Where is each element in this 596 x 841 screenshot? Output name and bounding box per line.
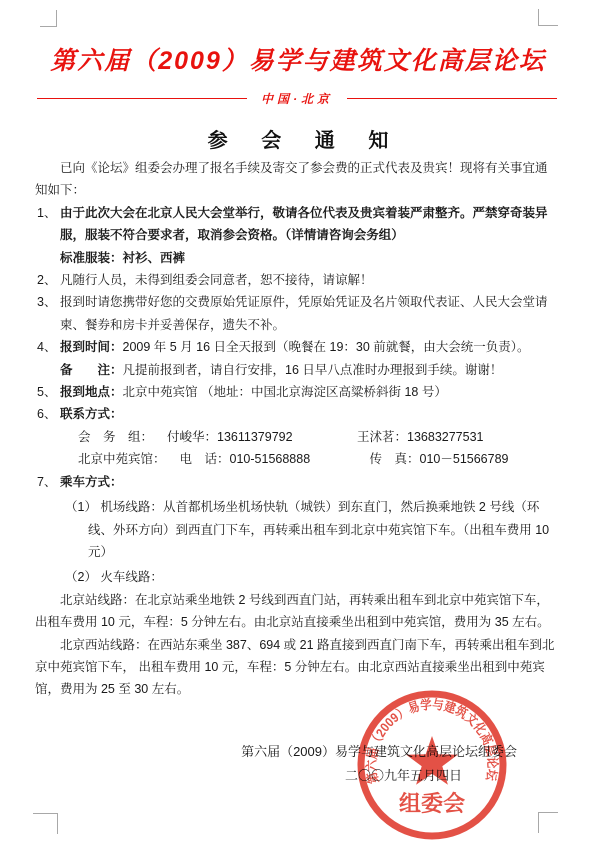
hotel-phone: 电 话：010-51568888 — [180, 448, 370, 470]
item-1-number: 1、 — [37, 202, 56, 224]
note-label: 备 注： — [60, 363, 123, 377]
item-4-number: 4、 — [37, 336, 56, 358]
header-divider: 中国·北京 — [37, 90, 557, 107]
intro-paragraph: 已向《论坛》组委会办理了报名手续及寄交了参会费的正式代表及贵宾！现将有关事宜通知… — [35, 157, 557, 202]
item-2-number: 2、 — [37, 269, 56, 291]
item-4-note: 备 注：凡提前报到者，请自行安排，16 日早八点准时办理报到手续。谢谢！ — [35, 359, 557, 381]
item-1: 1、 由于此次大会在北京人民大会堂举行，敬请各位代表及贵宾着装严肃整齐。严禁穿奇… — [35, 202, 557, 247]
header-location: 中国·北京 — [247, 90, 347, 107]
committee-stamp: 第六届（2009）易学与建筑文化高层论坛 组委会 — [354, 687, 510, 841]
airport-route-head: （1） 机场线路： — [65, 500, 163, 514]
star-icon — [406, 736, 457, 785]
beijing-station-route: 北京站线路：在北京站乘坐地铁 2 号线到西直门站，再转乘出租车到北京中苑宾馆下车… — [35, 589, 557, 634]
note-text: 凡提前报到者，请自行安排，16 日早八点准时办理报到手续。谢谢！ — [123, 363, 503, 377]
item-6-label: 联系方式： — [60, 407, 123, 421]
notice-title: 参 会 通 知 — [0, 124, 596, 153]
item-7: 7、 乘车方式： — [35, 471, 557, 493]
contact-row-committee: 会 务 组： 付峻华：13611379792 王沭茗：13683277531 — [35, 426, 557, 448]
item-1-text: 由于此次大会在北京人民大会堂举行，敬请各位代表及贵宾着装严肃整齐。严禁穿奇装异服… — [60, 206, 548, 242]
contact-row-hotel: 北京中苑宾馆： 电 话：010-51568888 传 真：010－5156678… — [35, 448, 557, 470]
hotel-fax: 传 真：010－51566789 — [370, 448, 509, 470]
contact-role: 会 务 组： — [78, 426, 153, 448]
item-5-text: 北京中苑宾馆 （地址：中国北京海淀区高粱桥斜街 18 号） — [123, 385, 447, 399]
item-4: 4、 报到时间：2009 年 5 月 16 日全天报到（晚餐在 19：30 前就… — [35, 336, 557, 358]
item-6: 6、 联系方式： — [35, 403, 557, 425]
item-5: 5、 报到地点：北京中苑宾馆 （地址：中国北京海淀区高粱桥斜街 18 号） — [35, 381, 557, 403]
item-5-label: 报到地点： — [60, 385, 123, 399]
item-3-text: 报到时请您携带好您的交费原始凭证原件，凭原始凭证及名片领取代表证、人民大会堂请柬… — [60, 295, 548, 331]
contact-phone-2: 王沭茗：13683277531 — [357, 426, 483, 448]
stamp-center-text: 组委会 — [399, 791, 465, 816]
item-2: 2、 凡随行人员，未得到组委会同意者，恕不接待，请谅解！ — [35, 269, 557, 291]
item-3: 3、 报到时请您携带好您的交费原始凭证原件，凭原始凭证及名片领取代表证、人民大会… — [35, 291, 557, 336]
contact-phone-1: 付峻华：13611379792 — [167, 426, 357, 448]
item-5-number: 5、 — [37, 381, 56, 403]
train-route-head: （2） 火车线路： — [35, 566, 557, 588]
crop-mark-top-left — [40, 10, 57, 27]
divider-line-left — [37, 98, 247, 99]
item-7-number: 7、 — [37, 471, 56, 493]
airport-route: （1） 机场线路：从首都机场坐机场快轨（城铁）到东直门，然后换乘地铁 2 号线（… — [35, 496, 557, 563]
item-4-label: 报到时间： — [60, 340, 123, 354]
hotel-name: 北京中苑宾馆： — [78, 448, 166, 470]
crop-mark-bottom-right — [538, 812, 558, 833]
forum-title: 第六届（2009）易学与建筑文化高层论坛 — [0, 41, 596, 77]
item-2-text: 凡随行人员，未得到组委会同意者，恕不接待，请谅解！ — [60, 273, 373, 287]
item-3-number: 3、 — [37, 291, 56, 313]
divider-line-right — [347, 98, 557, 99]
document-page: 第六届（2009）易学与建筑文化高层论坛 中国·北京 参 会 通 知 已向《论坛… — [0, 0, 596, 841]
item-7-label: 乘车方式： — [60, 475, 123, 489]
item-4-text: 2009 年 5 月 16 日全天报到（晚餐在 19：30 前就餐，由大会统一负… — [123, 340, 530, 354]
item-1-dresscode: 标准服装：衬衫、西裤 — [35, 247, 557, 269]
dresscode-text: 标准服装：衬衫、西裤 — [60, 251, 185, 265]
crop-mark-bottom-left — [33, 813, 58, 834]
notice-body: 已向《论坛》组委会办理了报名手续及寄交了参会费的正式代表及贵宾！现将有关事宜通知… — [35, 157, 557, 701]
crop-mark-top-right — [538, 9, 558, 26]
item-6-number: 6、 — [37, 403, 56, 425]
